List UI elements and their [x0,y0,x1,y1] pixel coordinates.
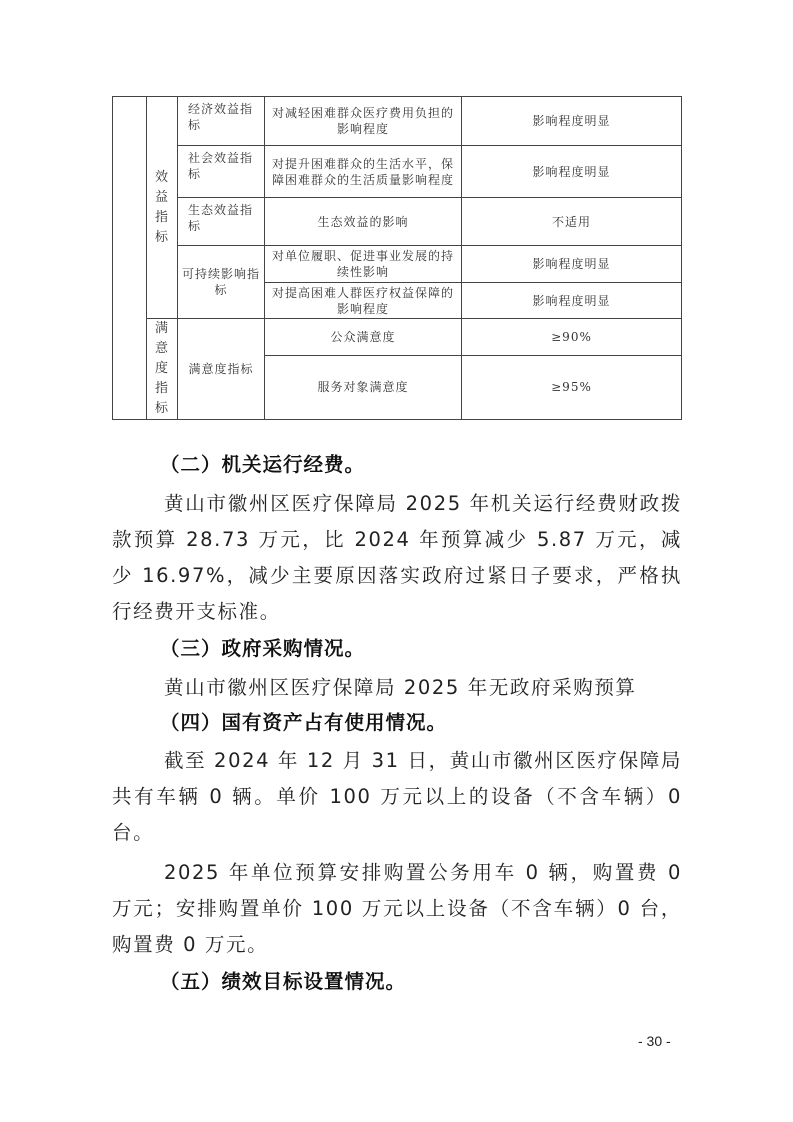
section-body-2: 黄山市徽州区医疗保障局 2025 年机关运行经费财政拨款预算 28.73 万元，… [112,486,682,630]
category-cell: 社会效益指标 [178,146,265,198]
satisfaction-group-label: 满意度指标 [147,319,178,420]
category-cell: 生态效益指标 [178,198,265,246]
outer-blank-cell [113,97,147,420]
value-cell: ≥95% [462,355,682,419]
value-cell: 不适用 [462,198,682,246]
indicator-cell: 生态效益的影响 [265,198,462,246]
section-body-3: 黄山市徽州区医疗保障局 2025 年无政府采购预算 [112,670,682,706]
section-heading-5: （五）绩效目标设置情况。 [160,966,406,994]
indicator-cell: 公众满意度 [265,319,462,356]
category-cell: 可持续影响指标 [178,246,265,319]
value-cell: ≥90% [462,319,682,356]
indicator-cell: 对减轻困难群众医疗费用负担的影响程度 [265,97,462,146]
value-cell: 影响程度明显 [462,283,682,319]
indicator-cell: 对单位履职、促进事业发展的持续性影响 [265,246,462,283]
section-body-4b: 2025 年单位预算安排购置公务用车 0 辆，购置费 0 万元；安排购置单价 1… [112,855,682,963]
category-cell: 满意度指标 [178,319,265,420]
page-number: - 30 - [638,1033,671,1049]
section-body-4: 截至 2024 年 12 月 31 日，黄山市徽州区医疗保障局共有车辆 0 辆。… [112,743,682,851]
performance-indicator-table: 效益指标 经济效益指标 对减轻困难群众医疗费用负担的影响程度 影响程度明显 社会… [112,96,682,420]
indicator-cell: 对提升困难群众的生活水平，保障困难群众的生活质量影响程度 [265,146,462,198]
section-heading-2: （二）机关运行经费。 [160,449,365,477]
category-cell: 经济效益指标 [178,97,265,146]
benefit-group-label: 效益指标 [147,97,178,319]
value-cell: 影响程度明显 [462,246,682,283]
section-heading-4: （四）国有资产占有使用情况。 [160,707,447,735]
indicator-cell: 服务对象满意度 [265,355,462,419]
indicator-cell: 对提高困难人群医疗权益保障的影响程度 [265,283,462,319]
value-cell: 影响程度明显 [462,146,682,198]
section-heading-3: （三）政府采购情况。 [160,633,365,661]
value-cell: 影响程度明显 [462,97,682,146]
